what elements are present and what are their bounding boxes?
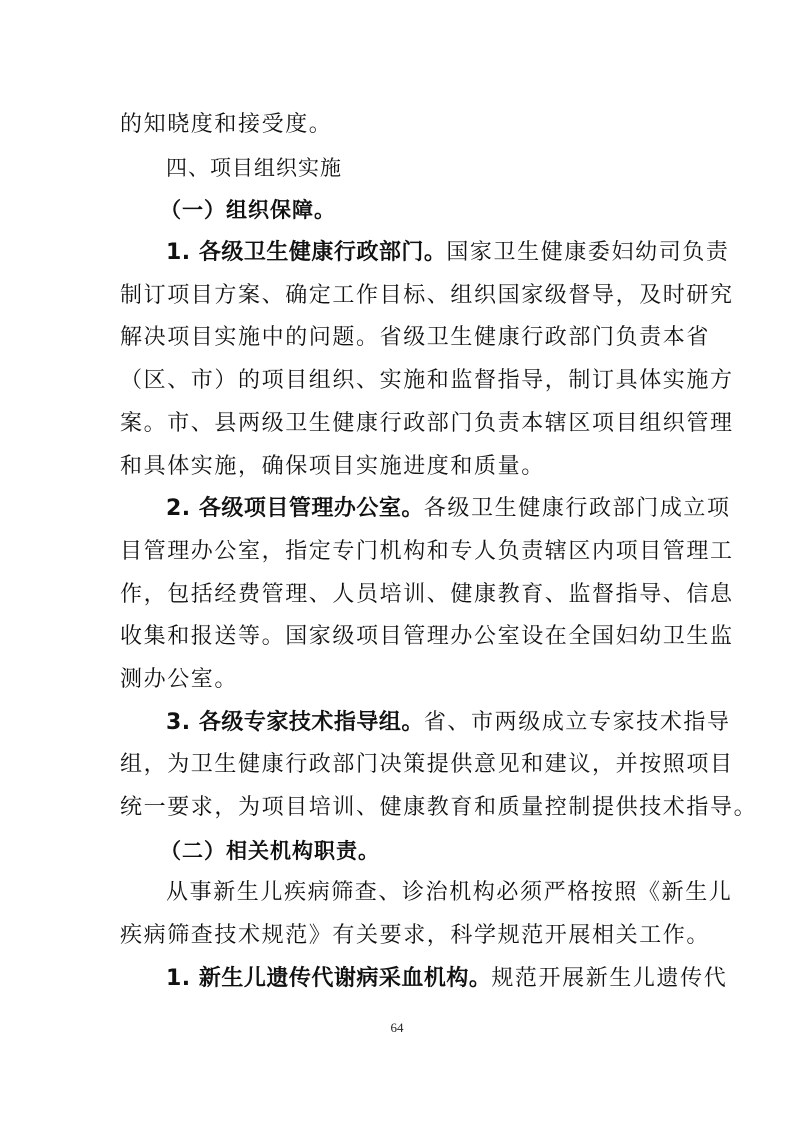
paragraph-line: 作，包括经费管理、人员培训、健康教育、监督指导、信息 — [120, 574, 676, 617]
paragraph-line: 2. 各级项目管理办公室。各级卫生健康行政部门成立项 — [120, 488, 676, 531]
paragraph-line: 从事新生儿疾病筛查、诊治机构必须严格按照《新生儿 — [120, 872, 676, 915]
paragraph-line: 组，为卫生健康行政部门决策提供意见和建议，并按照项目 — [120, 744, 676, 787]
paragraph-line: 收集和报送等。国家级项目管理办公室设在全国妇幼卫生监 — [120, 616, 676, 659]
paragraph-line: 疾病筛查技术规范》有关要求，科学规范开展相关工作。 — [120, 915, 676, 958]
paragraph-line: 目管理办公室，指定专门机构和专人负责辖区内项目管理工 — [120, 531, 676, 574]
subsection-heading: （一）组织保障。 — [120, 189, 676, 232]
paragraph-line: 3. 各级专家技术指导组。省、市两级成立专家技术指导 — [120, 702, 676, 745]
document-body: 的知晓度和接受度。 四、项目组织实施 （一）组织保障。 1. 各级卫生健康行政部… — [120, 104, 676, 1000]
paragraph-line: 和具体实施，确保项目实施进度和质量。 — [120, 446, 676, 489]
section-heading: 四、项目组织实施 — [120, 147, 676, 190]
item-title: 1. 新生儿遗传代谢病采血机构。 — [166, 966, 491, 991]
paragraph-line: 制订项目方案、确定工作目标、组织国家级督导，及时研究 — [120, 275, 676, 318]
item-title: 2. 各级项目管理办公室。 — [166, 496, 424, 521]
paragraph-line: 解决项目实施中的问题。省级卫生健康行政部门负责本省 — [120, 317, 676, 360]
subsection-heading: （二）相关机构职责。 — [120, 830, 676, 873]
paragraph-line: 统一要求，为项目培训、健康教育和质量控制提供技术指导。 — [120, 787, 676, 830]
paragraph-continuation: 的知晓度和接受度。 — [120, 104, 676, 147]
item-text: 各级卫生健康行政部门成立项 — [424, 496, 731, 521]
paragraph-line: 测办公室。 — [120, 659, 676, 702]
paragraph-line: （区、市）的项目组织、实施和监督指导，制订具体实施方 — [120, 360, 676, 403]
page-number: 64 — [0, 1020, 794, 1036]
item-text: 国家卫生健康委妇幼司负责 — [446, 240, 729, 265]
item-title: 1. 各级卫生健康行政部门。 — [166, 240, 446, 265]
item-text: 规范开展新生儿遗传代 — [491, 966, 727, 991]
paragraph-line: 案。市、县两级卫生健康行政部门负责本辖区项目组织管理 — [120, 403, 676, 446]
paragraph-line: 1. 新生儿遗传代谢病采血机构。规范开展新生儿遗传代 — [120, 958, 676, 1001]
item-title: 3. 各级专家技术指导组。 — [166, 710, 424, 735]
paragraph-line: 1. 各级卫生健康行政部门。国家卫生健康委妇幼司负责 — [120, 232, 676, 275]
item-text: 省、市两级成立专家技术指导 — [424, 710, 731, 735]
